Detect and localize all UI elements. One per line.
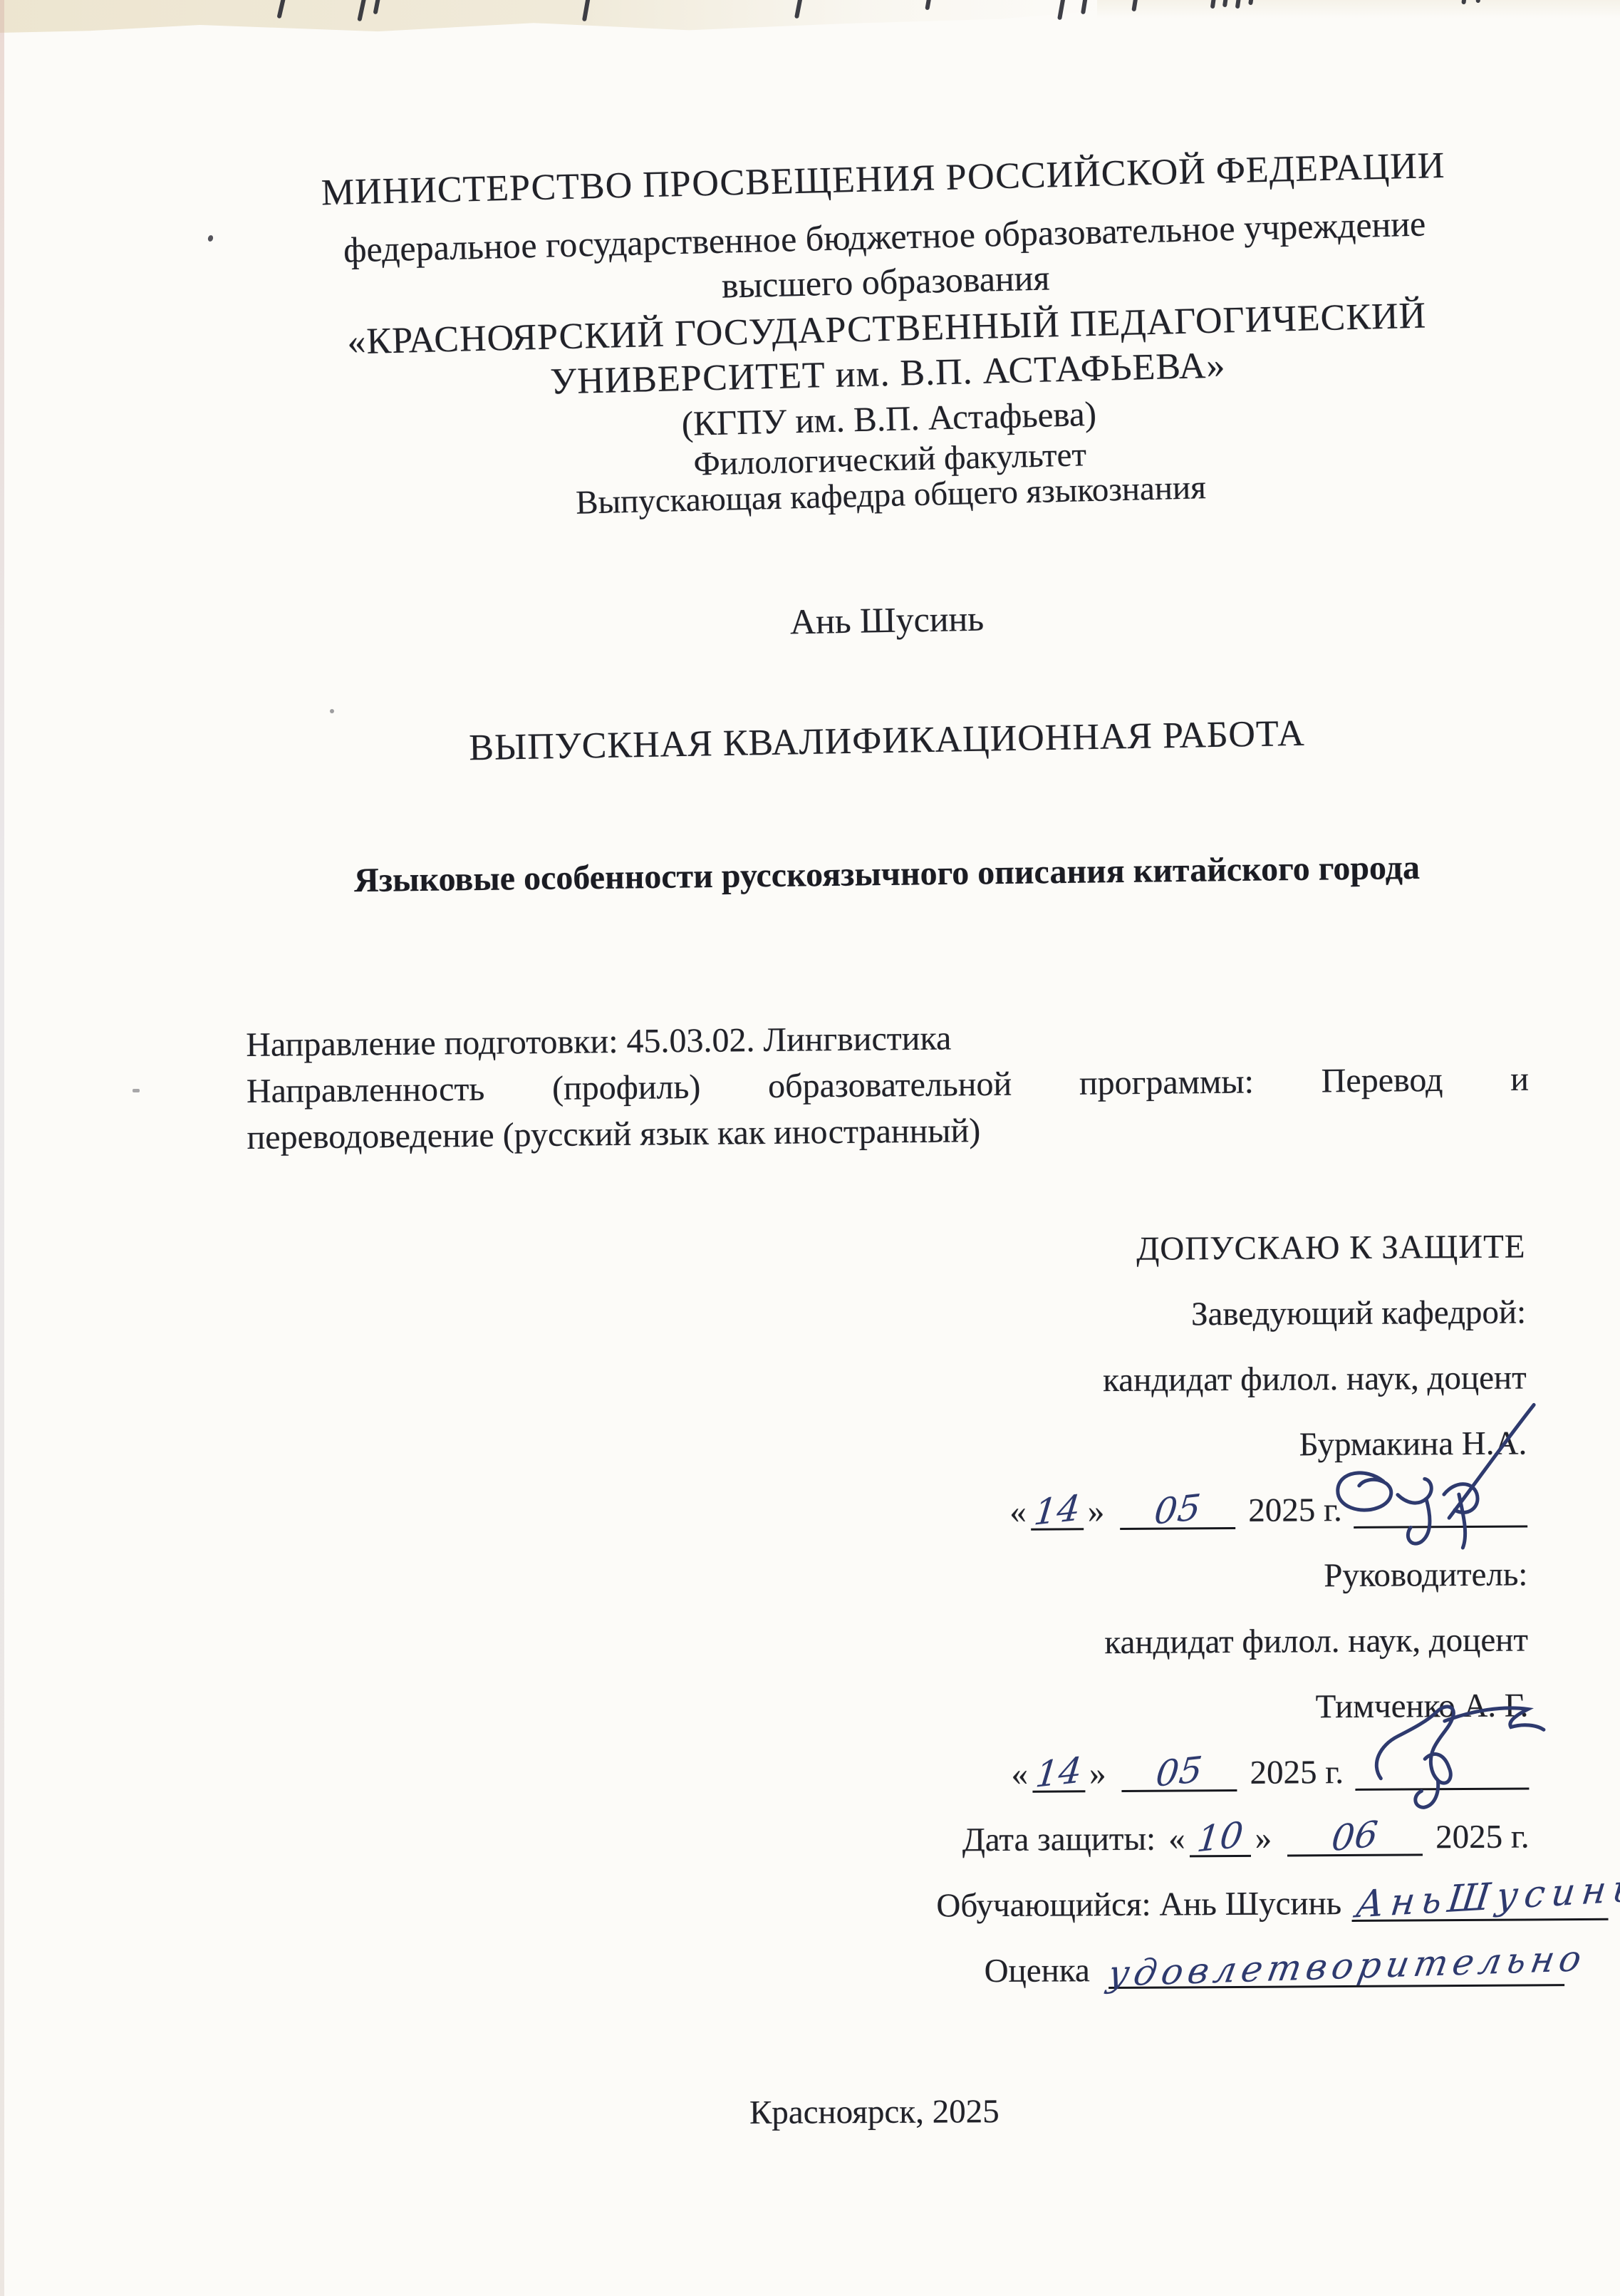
program-info-block: Направление подготовки: 45.03.02. Лингви… <box>246 1010 1530 1161</box>
head-date-signature-line: « 14 » 05 2025 г. <box>1005 1490 1527 1530</box>
scan-speck <box>330 709 334 713</box>
supervisor-role: Руководитель: <box>1324 1556 1527 1594</box>
supervisor-signature-field <box>1355 1752 1529 1790</box>
scanned-thesis-title-page: МИНИСТЕРСТВО ПРОСВЕЩЕНИЯ РОССИЙСКОЙ ФЕДЕ… <box>0 0 1620 2296</box>
work-type-heading: ВЫПУСКНАЯ КВАЛИФИКАЦИОННАЯ РАБОТА <box>154 708 1620 774</box>
handwritten-month: 05 <box>1155 1751 1205 1793</box>
grade-label: Оценка <box>985 1952 1090 1990</box>
handwritten-month: 05 <box>1153 1489 1203 1531</box>
admit-to-defense-heading: ДОПУСКАЮ К ЗАЩИТЕ <box>1136 1228 1526 1267</box>
handwritten-day: 10 <box>1195 1816 1245 1858</box>
head-signature-field <box>1354 1490 1527 1528</box>
year-text: 2025 г. <box>1435 1818 1530 1856</box>
open-quote-char: « <box>1005 1494 1031 1531</box>
handwritten-day: 14 <box>1032 1489 1082 1531</box>
head-of-department-name: Бурмакина Н.А. <box>1299 1424 1527 1463</box>
defense-date-line: Дата защиты: « 10 » 06 2025 г. <box>962 1818 1530 1858</box>
defense-day-field: 10 <box>1190 1820 1251 1858</box>
author-name: Ань Шусинь <box>154 587 1620 653</box>
approval-block: ДОПУСКАЮ К ЗАЩИТЕ Заведующий кафедрой: к… <box>933 1228 1530 2018</box>
supervisor-degree: кандидат филол. наук, доцент <box>1104 1621 1528 1661</box>
grade-line: Оценка удовлетворительно <box>985 1949 1564 1990</box>
thesis-title: Языковые особенности русскоязычного опис… <box>154 845 1620 903</box>
head-of-department-role: Заведующий кафедрой: <box>1191 1293 1526 1333</box>
supervisor-name: Тимченко А. Г. <box>1316 1687 1529 1725</box>
head-of-department-degree: кандидат филол. наук, доцент <box>1103 1359 1527 1399</box>
supervisor-date-day-field: 14 <box>1032 1755 1085 1792</box>
head-of-department-signature-icon <box>1297 1400 1540 1555</box>
city-year-line: Красноярск, 2025 <box>749 2091 999 2133</box>
student-handwritten-signature: АньШусинь <box>1354 1870 1620 1924</box>
grade-handwritten-value: удовлетворительно <box>1105 1940 1589 1992</box>
handwritten-day: 14 <box>1034 1752 1084 1794</box>
year-text: 2025 г. <box>1248 1491 1342 1529</box>
close-quote-char: » <box>1085 1755 1111 1792</box>
supervisor-date-signature-line: « 14 » 05 2025 г. <box>1007 1752 1530 1792</box>
open-quote-char: « <box>1164 1820 1190 1857</box>
defense-date-label: Дата защиты: <box>962 1821 1156 1859</box>
grade-value-field: удовлетворительно <box>1108 1949 1564 1989</box>
scan-left-edge <box>0 0 4 2296</box>
year-text: 2025 г. <box>1250 1754 1344 1791</box>
head-date-month-field: 05 <box>1120 1492 1235 1530</box>
scan-speck <box>133 1089 140 1092</box>
student-signature-line: Обучающийся: Ань Шусинь АньШусинь <box>936 1883 1608 1925</box>
student-label: Обучающийся: Ань Шусинь <box>936 1885 1341 1924</box>
head-date-day-field: 14 <box>1031 1493 1084 1530</box>
student-signature-field: АньШусинь <box>1351 1883 1608 1922</box>
university-header: МИНИСТЕРСТВО ПРОСВЕЩЕНИЯ РОССИЙСКОЙ ФЕДЕ… <box>146 0 1620 559</box>
supervisor-date-month-field: 05 <box>1122 1754 1237 1792</box>
admit-to-defense-label: ДОПУСКАЮ К ЗАЩИТЕ <box>1136 1228 1526 1267</box>
open-quote-char: « <box>1007 1756 1033 1793</box>
close-quote-char: » <box>1084 1493 1109 1530</box>
handwritten-month: 06 <box>1330 1816 1380 1858</box>
defense-month-field: 06 <box>1287 1819 1423 1856</box>
close-quote-char: » <box>1251 1820 1277 1857</box>
